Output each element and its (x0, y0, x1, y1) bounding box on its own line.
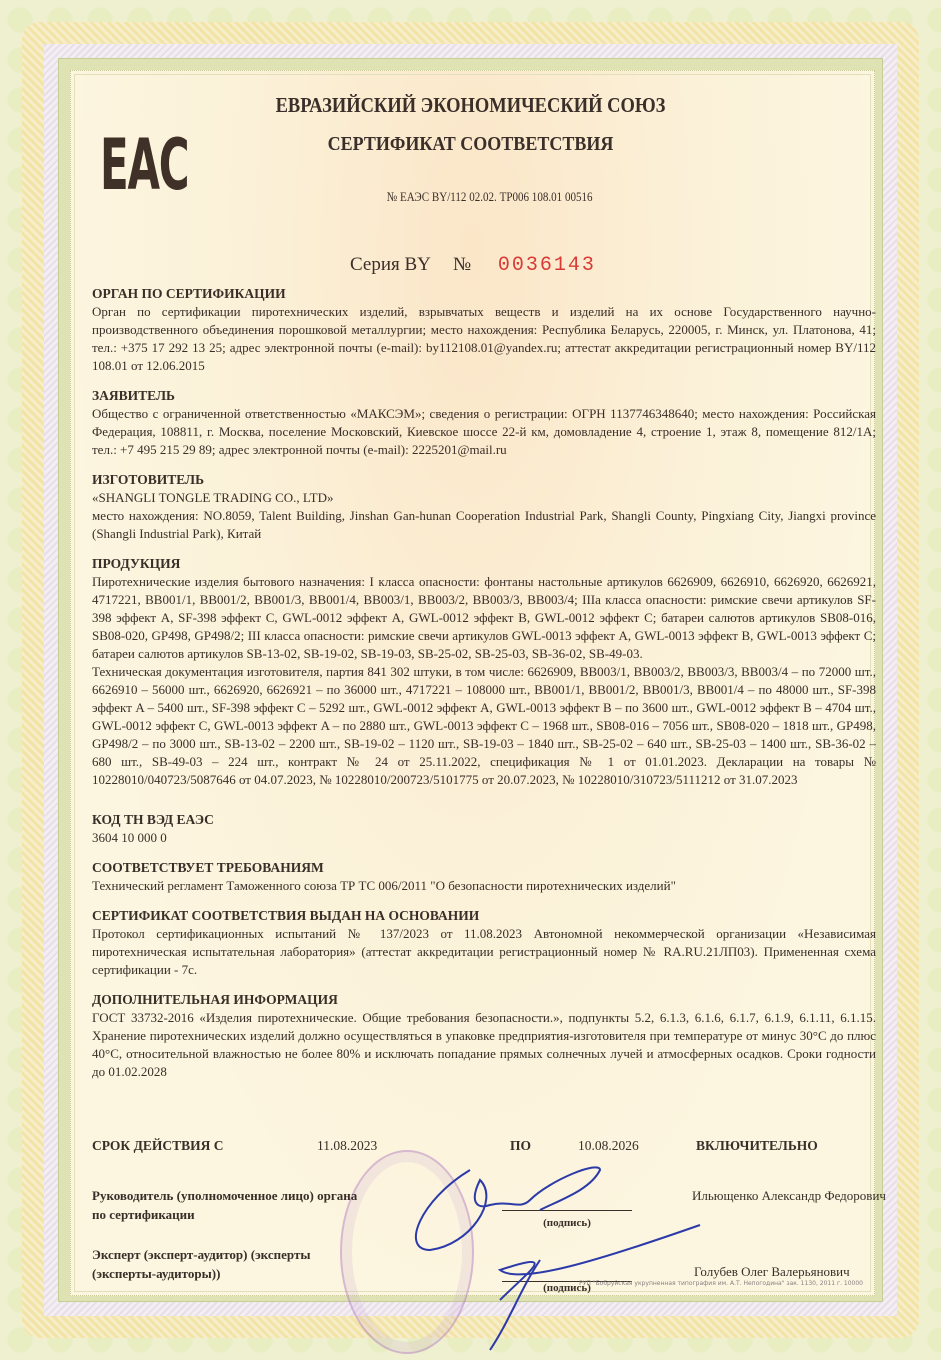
section-hs-code: КОД ТН ВЭД ЕАЭС 3604 10 000 0 (92, 811, 876, 847)
section-heading: СЕРТИФИКАТ СООТВЕТСТВИЯ ВЫДАН НА ОСНОВАН… (92, 907, 876, 925)
valid-to-date: 10.08.2026 (578, 1138, 639, 1154)
section-text: Орган по сертификации пиротехнических из… (92, 303, 876, 375)
section-manufacturer: ИЗГОТОВИТЕЛЬ «SHANGLI TONGLE TRADING CO.… (92, 471, 876, 543)
document-title: СЕРТИФИКАТ СООТВЕТСТВИЯ (47, 133, 894, 156)
section-heading: ИЗГОТОВИТЕЛЬ (92, 471, 876, 489)
section-text: Общество с ограниченной ответственностью… (92, 405, 876, 459)
validity-label: СРОК ДЕЙСТВИЯ С (92, 1138, 224, 1154)
signature-caption: (подпись) (502, 1214, 632, 1233)
signature-line (502, 1210, 632, 1211)
series-label: Серия BY (350, 254, 430, 275)
number-sign: № (453, 254, 471, 275)
signatory-role: Руководитель (уполномоченное лицо) орган… (92, 1186, 362, 1224)
section-text: 3604 10 000 0 (92, 829, 876, 847)
section-applicant: ЗАЯВИТЕЛЬ Общество с ограниченной ответс… (92, 387, 876, 459)
manufacturer-address: место нахождения: NO.8059, Talent Buildi… (92, 507, 876, 543)
section-heading: ЗАЯВИТЕЛЬ (92, 387, 876, 405)
section-product: ПРОДУКЦИЯ Пиротехнические изделия бытово… (92, 555, 876, 789)
section-text: Протокол сертификационных испытаний № 13… (92, 925, 876, 979)
section-heading: ОРГАН ПО СЕРТИФИКАЦИИ (92, 285, 876, 303)
certificate-number: № ЕАЭС BY/112 02.02. ТР006 108.01 00516 (71, 189, 871, 205)
valid-from-date: 11.08.2023 (317, 1138, 377, 1154)
signatory-name: Ильющенко Александр Федорович (692, 1186, 892, 1205)
blank-number: 0036143 (498, 254, 596, 277)
section-requirements: СООТВЕТСТВУЕТ ТРЕБОВАНИЯМ Технический ре… (92, 859, 876, 895)
validity-period: СРОК ДЕЙСТВИЯ С 11.08.2023 ПО 10.08.2026… (92, 1138, 876, 1158)
section-heading: ПРОДУКЦИЯ (92, 555, 876, 573)
section-text: Технический регламент Таможенного союза … (92, 877, 876, 895)
section-certification-body: ОРГАН ПО СЕРТИФИКАЦИИ Орган по сертифика… (92, 285, 876, 375)
validity-inclusive: ВКЛЮЧИТЕЛЬНО (696, 1138, 818, 1154)
section-heading: ДОПОЛНИТЕЛЬНАЯ ИНФОРМАЦИЯ (92, 991, 876, 1009)
signatory-role: Эксперт (эксперт-аудитор) (эксперты (экс… (92, 1245, 362, 1283)
product-documentation: Техническая документация изготовителя, п… (92, 663, 876, 789)
section-heading: КОД ТН ВЭД ЕАЭС (92, 811, 876, 829)
section-heading: СООТВЕТСТВУЕТ ТРЕБОВАНИЯМ (92, 859, 876, 877)
manufacturer-name: «SHANGLI TONGLE TRADING CO., LTD» (92, 489, 876, 507)
validity-to-label: ПО (510, 1138, 531, 1154)
section-text: ГОСТ 33732-2016 «Изделия пиротехнические… (92, 1009, 876, 1081)
section-basis: СЕРТИФИКАТ СООТВЕТСТВИЯ ВЫДАН НА ОСНОВАН… (92, 907, 876, 979)
series-line: Серия BY № 0036143 (350, 254, 596, 277)
section-additional-info: ДОПОЛНИТЕЛЬНАЯ ИНФОРМАЦИЯ ГОСТ 33732-201… (92, 991, 876, 1081)
printer-note: РУП "Бобруйская укрупненная типография и… (579, 1280, 863, 1287)
product-description: Пиротехнические изделия бытового назначе… (92, 573, 876, 663)
certificate-body: ОРГАН ПО СЕРТИФИКАЦИИ Орган по сертифика… (92, 285, 876, 1093)
union-title: ЕВРАЗИЙСКИЙ ЭКОНОМИЧЕСКИЙ СОЮЗ (56, 93, 884, 118)
signatory-name: Голубев Олег Валерьянович (694, 1262, 941, 1281)
